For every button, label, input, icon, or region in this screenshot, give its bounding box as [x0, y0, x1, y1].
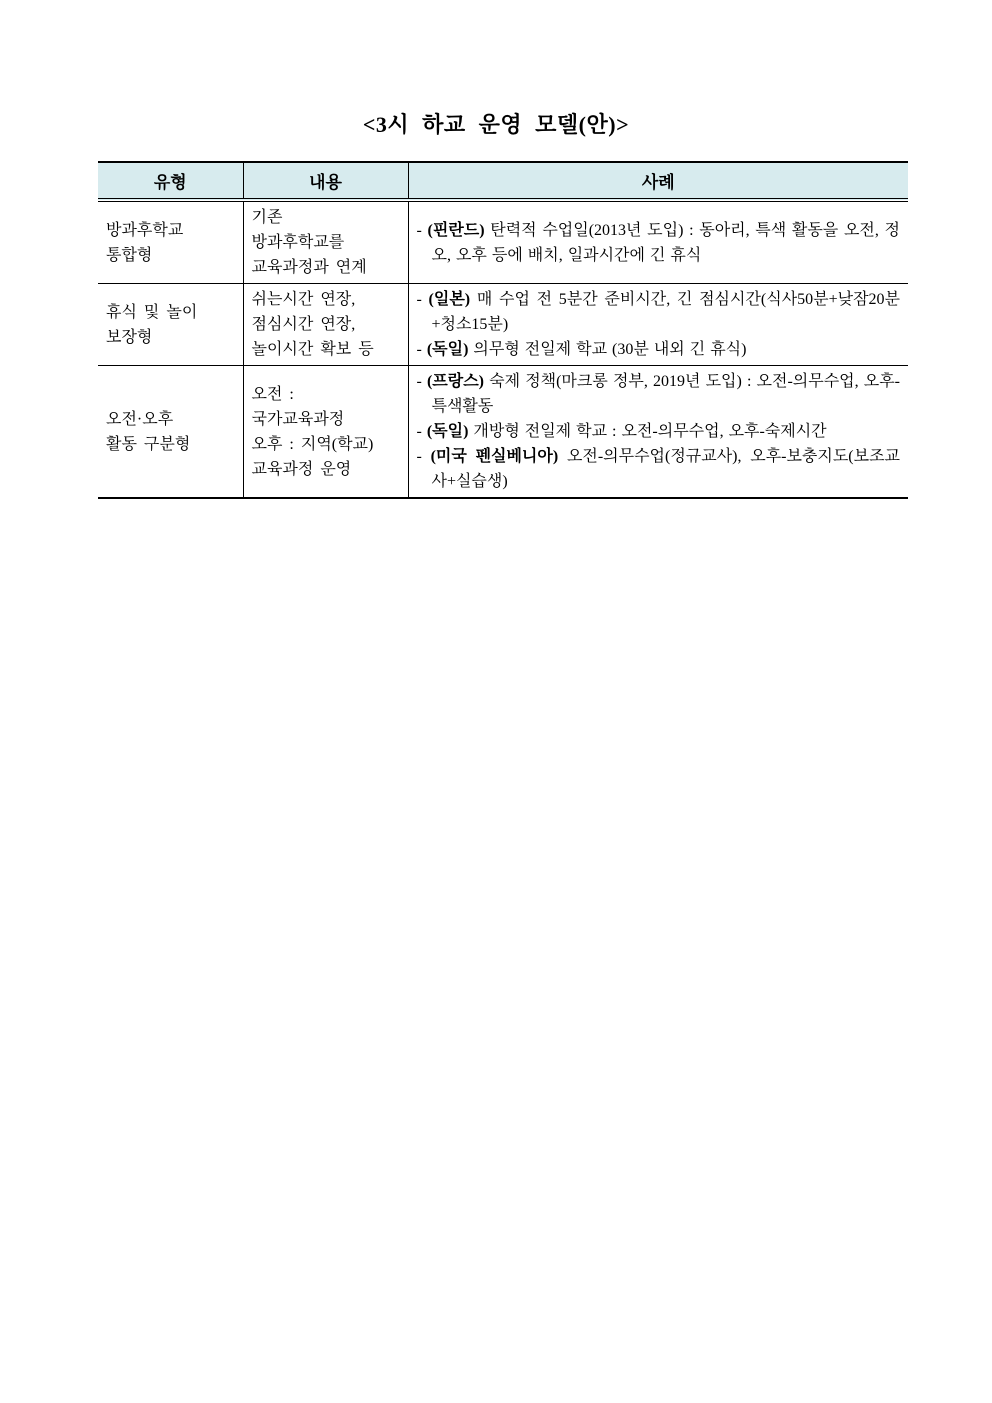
- table-row: 휴식 및 놀이보장형쉬는시간 연장,점심시간 연장,놀이시간 확보 등- (일본…: [98, 284, 908, 366]
- example-item: - (핀란드) 탄력적 수업일(2013년 도입) : 동아리, 특색 활동을 …: [417, 218, 901, 268]
- type-line: 통합형: [106, 243, 235, 268]
- example-item: - (일본) 매 수업 전 5분간 준비시간, 긴 점심시간(식사50분+낮잠2…: [417, 287, 901, 337]
- content-line: 점심시간 연장,: [252, 312, 400, 337]
- example-text: 개방형 전일제 학교 : 오전-의무수업, 오후-숙제시간: [473, 423, 826, 440]
- example-text: 탄력적 수업일(2013년 도입) : 동아리, 특색 활동을 오전, 정오, …: [432, 222, 901, 264]
- content-cell: 쉬는시간 연장,점심시간 연장,놀이시간 확보 등: [243, 284, 408, 366]
- page-title: <3시 하교 운영 모델(안)>: [0, 108, 992, 139]
- example-country-label: (프랑스): [427, 373, 484, 390]
- content-line: 쉬는시간 연장,: [252, 287, 400, 312]
- content-line: 기존: [252, 205, 400, 230]
- example-country-label: (핀란드): [428, 222, 485, 239]
- example-bullet: -: [417, 373, 422, 390]
- type-line: 오전·오후: [106, 407, 235, 432]
- example-country-label: (일본): [429, 291, 471, 308]
- example-text: 매 수업 전 5분간 준비시간, 긴 점심시간(식사50분+낮잠20분+청소15…: [432, 291, 901, 333]
- example-bullet: -: [417, 291, 422, 308]
- content-line: 교육과정 운영: [252, 457, 400, 482]
- content-line: 국가교육과정: [252, 407, 400, 432]
- examples-cell: - (핀란드) 탄력적 수업일(2013년 도입) : 동아리, 특색 활동을 …: [408, 200, 908, 284]
- example-country-label: (독일): [427, 341, 469, 358]
- content-cell: 오전 :국가교육과정오후 : 지역(학교)교육과정 운영: [243, 366, 408, 499]
- example-item: - (독일) 개방형 전일제 학교 : 오전-의무수업, 오후-숙제시간: [417, 419, 901, 444]
- col-header-content: 내용: [243, 162, 408, 200]
- col-header-examples: 사례: [408, 162, 908, 200]
- examples-cell: - (일본) 매 수업 전 5분간 준비시간, 긴 점심시간(식사50분+낮잠2…: [408, 284, 908, 366]
- example-text: 숙제 정책(마크롱 정부, 2019년 도입) : 오전-의무수업, 오후-특색…: [432, 373, 901, 415]
- example-text: 의무형 전일제 학교 (30분 내외 긴 휴식): [473, 341, 746, 358]
- example-country-label: (독일): [427, 423, 469, 440]
- table-header: 유형 내용 사례: [98, 162, 908, 200]
- document-page: <3시 하교 운영 모델(안)> 유형 내용 사례 방과후학교통합형기존방과후학…: [0, 0, 992, 1403]
- dismissal-model-table: 유형 내용 사례 방과후학교통합형기존방과후학교를교육과정과 연계- (핀란드)…: [98, 161, 908, 499]
- table-row: 방과후학교통합형기존방과후학교를교육과정과 연계- (핀란드) 탄력적 수업일(…: [98, 200, 908, 284]
- type-cell: 오전·오후활동 구분형: [98, 366, 243, 499]
- type-line: 보장형: [106, 325, 235, 350]
- example-item: - (미국 펜실베니아) 오전-의무수업(정규교사), 오후-보충지도(보조교사…: [417, 444, 901, 494]
- type-cell: 휴식 및 놀이보장형: [98, 284, 243, 366]
- header-row: 유형 내용 사례: [98, 162, 908, 200]
- table-row: 오전·오후활동 구분형오전 :국가교육과정오후 : 지역(학교)교육과정 운영-…: [98, 366, 908, 499]
- example-bullet: -: [417, 423, 422, 440]
- content-line: 교육과정과 연계: [252, 255, 400, 280]
- type-line: 방과후학교: [106, 218, 235, 243]
- example-bullet: -: [417, 341, 422, 358]
- table-body: 방과후학교통합형기존방과후학교를교육과정과 연계- (핀란드) 탄력적 수업일(…: [98, 200, 908, 498]
- type-cell: 방과후학교통합형: [98, 200, 243, 284]
- example-bullet: -: [417, 448, 422, 465]
- content-line: 놀이시간 확보 등: [252, 337, 400, 362]
- type-line: 활동 구분형: [106, 432, 235, 457]
- content-line: 오후 : 지역(학교): [252, 432, 400, 457]
- col-header-type: 유형: [98, 162, 243, 200]
- content-line: 방과후학교를: [252, 230, 400, 255]
- example-item: - (독일) 의무형 전일제 학교 (30분 내외 긴 휴식): [417, 337, 901, 362]
- content-line: 오전 :: [252, 382, 400, 407]
- type-line: 휴식 및 놀이: [106, 300, 235, 325]
- example-bullet: -: [417, 222, 422, 239]
- example-item: - (프랑스) 숙제 정책(마크롱 정부, 2019년 도입) : 오전-의무수…: [417, 369, 901, 419]
- example-country-label: (미국 펜실베니아): [431, 448, 559, 465]
- examples-cell: - (프랑스) 숙제 정책(마크롱 정부, 2019년 도입) : 오전-의무수…: [408, 366, 908, 499]
- content-cell: 기존방과후학교를교육과정과 연계: [243, 200, 408, 284]
